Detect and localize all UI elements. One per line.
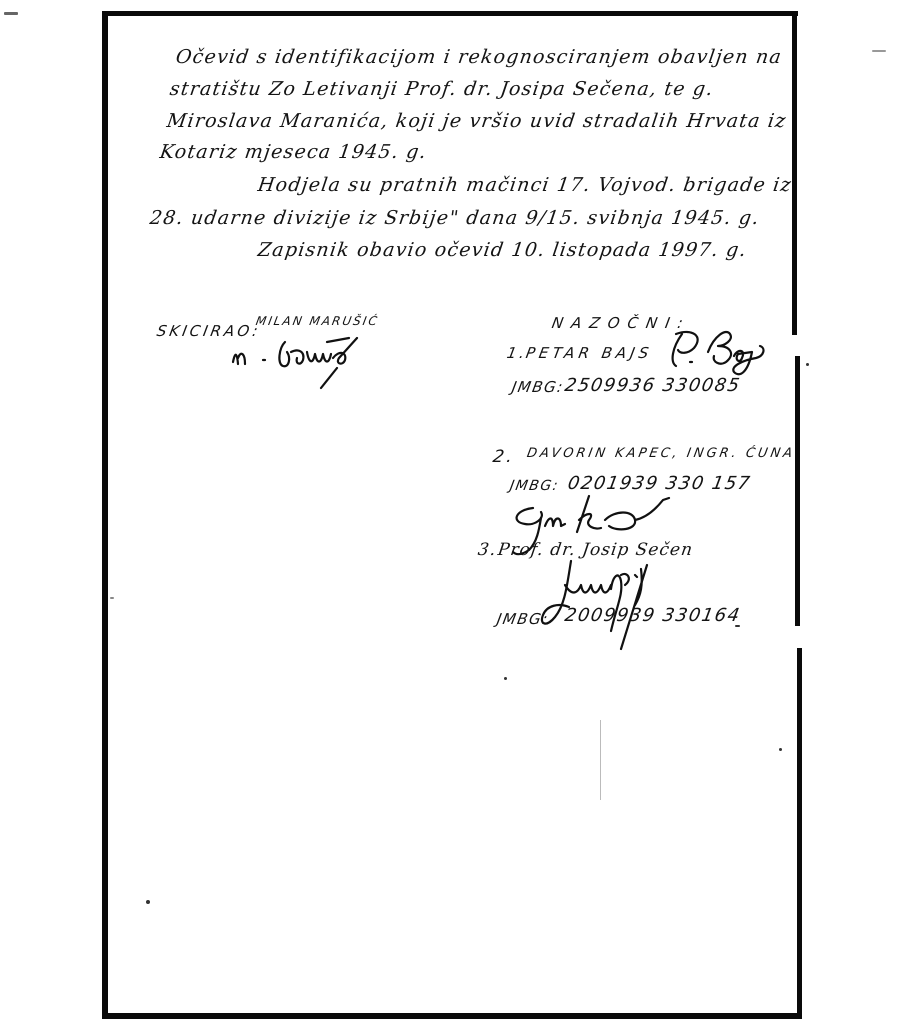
witness-signature bbox=[668, 322, 778, 382]
frame-border-right bbox=[797, 648, 802, 1019]
scan-artifact bbox=[110, 597, 114, 599]
report-line: 28. udarne divizije iz Srbije" dana 9/15… bbox=[148, 207, 761, 229]
report-line: Zapisnik obavio očevid 10. listopada 199… bbox=[256, 239, 748, 261]
scan-artifact bbox=[4, 12, 18, 15]
report-line: Miroslava Maranića, koji je vršio uvid s… bbox=[165, 110, 788, 132]
frame-border-right bbox=[792, 11, 797, 335]
report-line: stratištu Zo Letivanji Prof. dr. Josipa … bbox=[168, 78, 715, 100]
frame-border-bottom bbox=[102, 1013, 798, 1019]
sketch-author-name: MILAN MARUŠIĆ bbox=[255, 314, 380, 328]
witness-jmbg: 2509936 330085 bbox=[563, 375, 742, 396]
witness-jmbg-label: JMBG: bbox=[495, 610, 550, 628]
report-line: Hodjela su pratnih mačinci 17. Vojvod. b… bbox=[256, 174, 793, 196]
scan-artifact bbox=[779, 748, 782, 751]
witness-jmbg: 2009939 330164 bbox=[563, 605, 742, 626]
witness-name: PETAR BAJS bbox=[524, 344, 653, 362]
frame-border-top bbox=[105, 11, 798, 16]
frame-border-right bbox=[795, 356, 800, 626]
scan-artifact bbox=[504, 677, 507, 680]
sketch-author-signature bbox=[225, 330, 405, 390]
scan-artifact bbox=[872, 50, 886, 52]
scan-artifact bbox=[600, 720, 601, 800]
scan-artifact bbox=[146, 900, 150, 904]
witness-number: 3. bbox=[477, 540, 498, 560]
report-line: Očevid s identifikacijom i rekognosciran… bbox=[174, 46, 783, 68]
report-line: Kotariz mjeseca 1945. g. bbox=[158, 141, 428, 163]
witness-number: 2. bbox=[491, 447, 517, 467]
witness-name: DAVORIN KAPEC, INGR. ĆUNA bbox=[526, 446, 797, 461]
witness-jmbg-label: JMBG: bbox=[510, 378, 565, 396]
scan-artifact bbox=[806, 363, 809, 366]
frame-border-left bbox=[102, 11, 108, 1019]
